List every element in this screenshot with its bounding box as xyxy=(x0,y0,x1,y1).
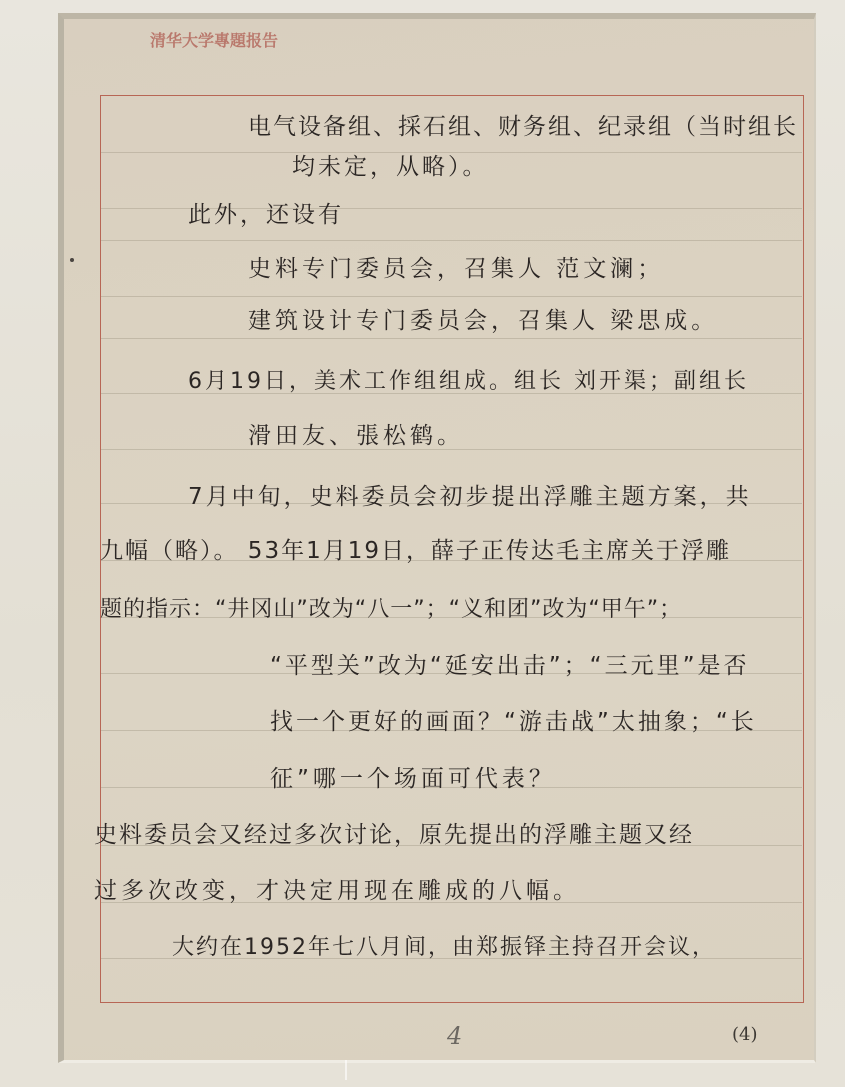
glass-glare xyxy=(345,1060,347,1080)
text-line: 均未定，从略）。 xyxy=(292,148,489,181)
ruled-line xyxy=(101,296,802,297)
text-line: 6月19日，美术工作组组成。组长 刘开渠；副组长 xyxy=(188,364,749,395)
text-line: 过多次改变，才决定用现在雕成的八幅。 xyxy=(94,872,580,905)
text-line: 7月中旬，史料委员会初步提出浮雕主题方案，共 xyxy=(188,478,752,511)
text-line: 滑田友、張松鹤。 xyxy=(248,417,464,450)
text-line: “平型关”改为“延安出击”；“三元里”是否 xyxy=(270,647,750,680)
text-line: 九幅（略）。 53年1月19日，薛子正传达毛主席关于浮雕 xyxy=(100,532,731,565)
ruled-line xyxy=(101,240,802,241)
text-line: 征”哪一个场面可代表？ xyxy=(270,760,556,793)
pencil-page-number: 4 xyxy=(447,1022,462,1050)
printed-page-number: (4) xyxy=(732,1024,758,1045)
text-line: 史料专门委员会，召集人 范文澜； xyxy=(248,250,664,283)
text-line: 此外，还设有 xyxy=(188,196,344,229)
letterhead-title: 清华大学專題报告 xyxy=(150,28,278,51)
text-line: 建筑设计专门委员会，召集人 梁思成。 xyxy=(248,302,718,335)
text-line: 电气设备组、採石组、财务组、纪录组（当时组长 xyxy=(248,108,798,141)
text-line: 大约在1952年七八月间，由郑振铎主持召开会议， xyxy=(172,930,716,961)
text-line: 史料委员会又经过多次讨论，原先提出的浮雕主题又经 xyxy=(94,816,694,849)
text-line: 题的指示：“井冈山”改为“八一”；“义和团”改为“甲午”； xyxy=(100,592,682,623)
ruled-line xyxy=(101,338,802,339)
text-line: 找一个更好的画面？“游击战”太抽象；“长 xyxy=(270,703,757,736)
ink-speck xyxy=(70,258,74,262)
